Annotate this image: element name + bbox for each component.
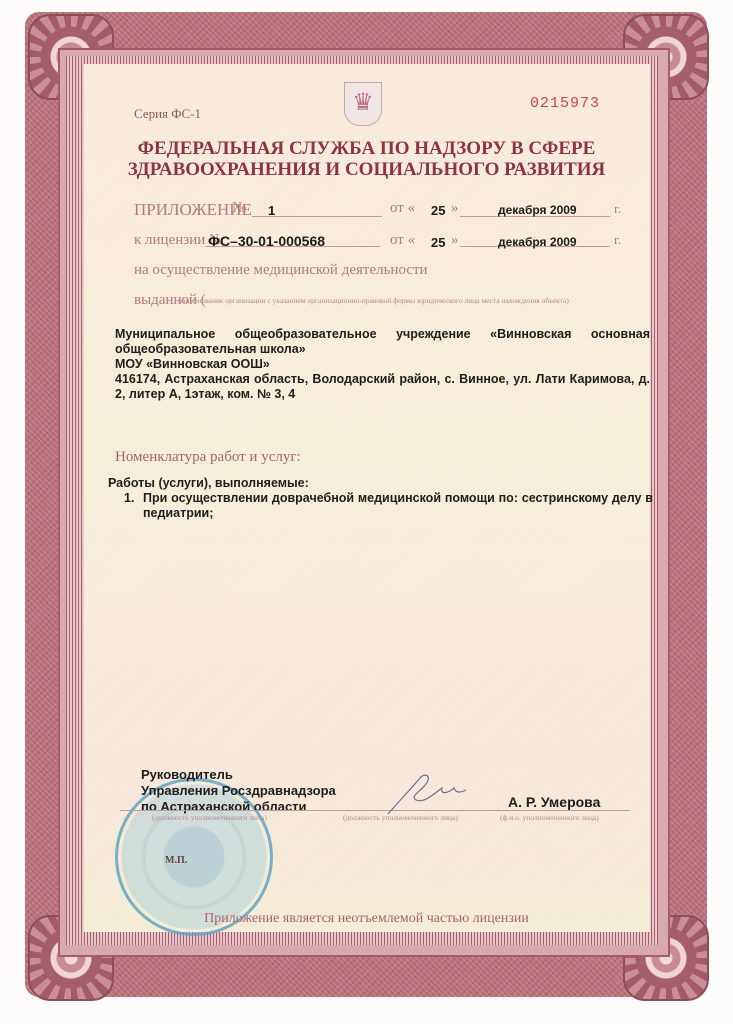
license-year-suffix: г. [614, 232, 621, 248]
position-line2: Управления Росздравнадзора [141, 783, 336, 799]
appendix-close-quote: » [451, 200, 459, 217]
series-label: Серия ФС-1 [134, 106, 201, 122]
seal-label: М.П. [165, 855, 187, 866]
footer-note: Приложение является неотъемлемой частью … [0, 911, 733, 927]
nomenclature-label: Номенклатура работ и услуг: [115, 449, 301, 466]
license-day: 25 [431, 235, 445, 250]
official-name: А. Р. Умерова [508, 795, 600, 810]
form-number: 0215973 [530, 95, 600, 112]
license-from-label: от « [390, 232, 415, 249]
position-caption: (должность уполномоченного лица) [152, 813, 267, 822]
works-item-text: При осуществлении доврачебной медицинско… [143, 491, 653, 521]
issued-hint: наименование организации с указанием орг… [178, 296, 569, 305]
appendix-from-label: от « [390, 200, 415, 217]
coat-of-arms-icon: ♛ [344, 82, 382, 126]
works-item-number: 1. [124, 491, 134, 506]
name-caption: (ф.и.о. уполномоченного лица) [500, 813, 599, 822]
handwritten-signature-icon [380, 770, 470, 820]
license-close-quote: » [451, 232, 459, 249]
organization-name: Муниципальное общеобразовательное учрежд… [115, 327, 650, 357]
position-line1: Руководитель [141, 767, 233, 783]
works-header: Работы (услуги), выполняемые: [108, 476, 309, 491]
appendix-year-suffix: г. [614, 201, 621, 217]
organization-address: 416174, Астраханская область, Володарски… [115, 372, 650, 402]
appendix-number: 1 [268, 203, 275, 218]
appendix-no-sign: № [232, 200, 246, 217]
agency-title-line1: ФЕДЕРАЛЬНАЯ СЛУЖБА ПО НАДЗОРУ В СФЕРЕ [0, 138, 733, 160]
agency-title-line2: ЗДРАВООХРАНЕНИЯ И СОЦИАЛЬНОГО РАЗВИТИЯ [0, 159, 733, 181]
license-number: ФС–30-01-000568 [208, 233, 325, 249]
signature-line [120, 810, 630, 811]
activity-label: на осуществление медицинской деятельност… [134, 262, 428, 279]
appendix-day: 25 [431, 203, 445, 218]
organization-short-name: МОУ «Винновская ООШ» [115, 357, 650, 372]
appendix-month-year: декабря 2009 [498, 203, 577, 217]
license-month-year: декабря 2009 [498, 235, 577, 249]
